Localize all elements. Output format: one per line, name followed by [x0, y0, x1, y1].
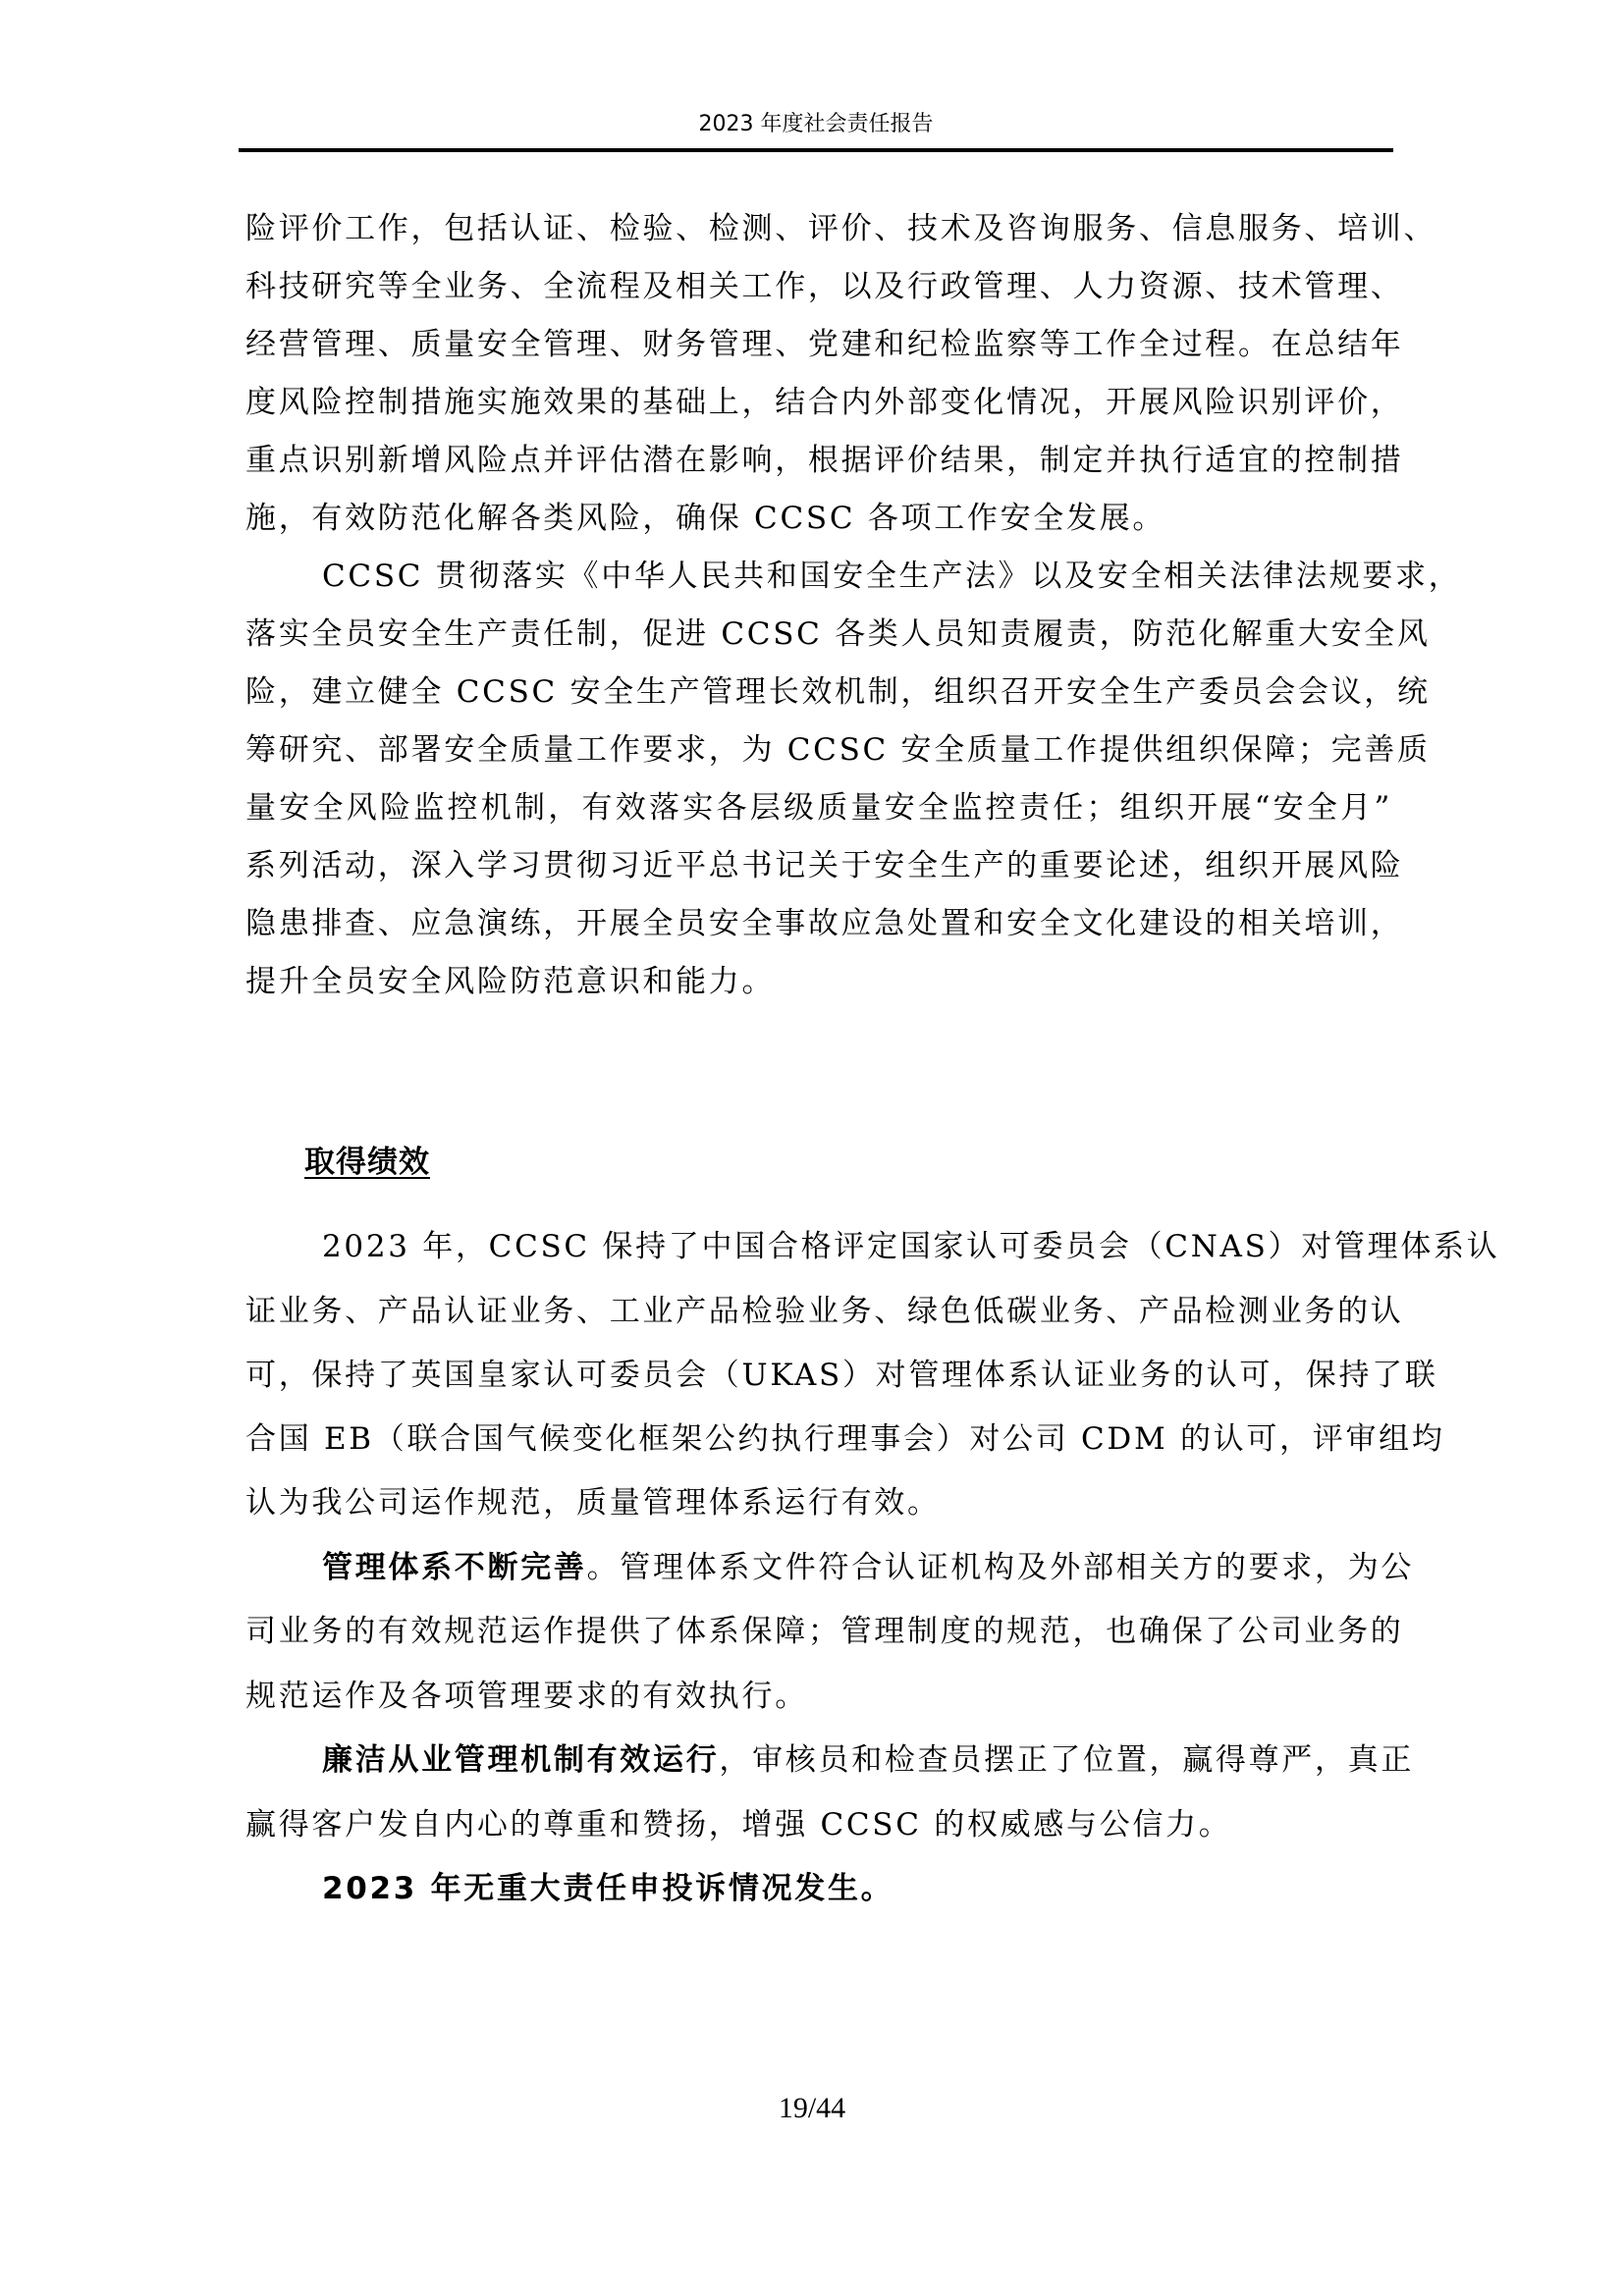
text-line: 筹研究、部署安全质量工作要求，为 CCSC 安全质量工作提供组织保障；完善质: [245, 730, 1392, 770]
page-header: 2023 年度社会责任报告: [239, 110, 1393, 139]
text-line: 系列活动，深入学习贯彻习近平总书记关于安全生产的重要论述，组织开展风险: [245, 846, 1392, 885]
text-line: 提升全员安全风险防范意识和能力。: [245, 962, 775, 1001]
report-title: 2023 年度社会责任报告: [699, 110, 934, 139]
text-line: 重点识别新增风险点并评估潜在影响，根据评价结果，制定并执行适宜的控制措: [245, 441, 1392, 480]
text-line: 险评价工作，包括认证、检验、检测、评价、技术及咨询服务、信息服务、培训、: [245, 209, 1392, 248]
text-line: 规范运作及各项管理要求的有效执行。: [245, 1677, 808, 1716]
text-line: 量安全风险监控机制，有效落实各层级质量安全监控责任；组织开展“安全月”: [245, 788, 1392, 828]
text-line: 隐患排查、应急演练，开展全员安全事故应急处置和安全文化建设的相关培训，: [245, 904, 1392, 943]
paragraph-no-complaints: 2023 年无重大责任申投诉情况发生。: [322, 1869, 893, 1908]
page-number: 19/44: [0, 2089, 1624, 2128]
text-line: 管理体系不断完善。管理体系文件符合认证机构及外部相关方的要求，为公: [322, 1548, 1392, 1587]
text-line: CCSC 贯彻落实《中华人民共和国安全生产法》以及安全相关法律法规要求，: [322, 557, 1392, 596]
text-line: 2023 年，CCSC 保持了中国合格评定国家认可委员会（CNAS）对管理体系认: [322, 1227, 1392, 1266]
text-line: 司业务的有效规范运作提供了体系保障；管理制度的规范，也确保了公司业务的: [245, 1612, 1392, 1651]
text-line: 落实全员安全生产责任制，促进 CCSC 各类人员知责履责，防范化解重大安全风: [245, 614, 1392, 654]
text-line: 证业务、产品认证业务、工业产品检验业务、绿色低碳业务、产品检测业务的认: [245, 1292, 1392, 1331]
text-line: 可，保持了英国皇家认可委员会（UKAS）对管理体系认证业务的认可，保持了联: [245, 1356, 1392, 1395]
text-line: 科技研究等全业务、全流程及相关工作，以及行政管理、人力资源、技术管理、: [245, 267, 1392, 306]
text-run: ，审核员和检查员摆正了位置，赢得尊严，真正: [719, 1742, 1414, 1778]
text-line: 认为我公司运作规范，质量管理体系运行有效。: [245, 1483, 941, 1522]
text-line: 合国 EB（联合国气候变化框架公约执行理事会）对公司 CDM 的认可，评审组均: [245, 1419, 1392, 1459]
bold-lead: 廉洁从业管理机制有效运行: [322, 1742, 719, 1778]
header-divider: [239, 148, 1393, 152]
text-line: 险，建立健全 CCSC 安全生产管理长效机制，组织召开安全生产委员会会议，统: [245, 672, 1392, 712]
text-line: 经营管理、质量安全管理、财务管理、党建和纪检监察等工作全过程。在总结年: [245, 325, 1392, 364]
text-line: 施，有效防范化解各类风险，确保 CCSC 各项工作安全发展。: [245, 499, 1165, 538]
text-line: 赢得客户发自内心的尊重和赞扬，增强 CCSC 的权威感与公信力。: [245, 1805, 1232, 1844]
text-line: 度风险控制措施实施效果的基础上，结合内外部变化情况，开展风险识别评价，: [245, 383, 1392, 422]
section-heading-performance: 取得绩效: [304, 1143, 430, 1182]
bold-lead: 管理体系不断完善: [322, 1550, 587, 1585]
text-run: 。管理体系文件符合认证机构及外部相关方的要求，为公: [587, 1550, 1415, 1585]
text-line: 廉洁从业管理机制有效运行，审核员和检查员摆正了位置，赢得尊严，真正: [322, 1740, 1392, 1780]
